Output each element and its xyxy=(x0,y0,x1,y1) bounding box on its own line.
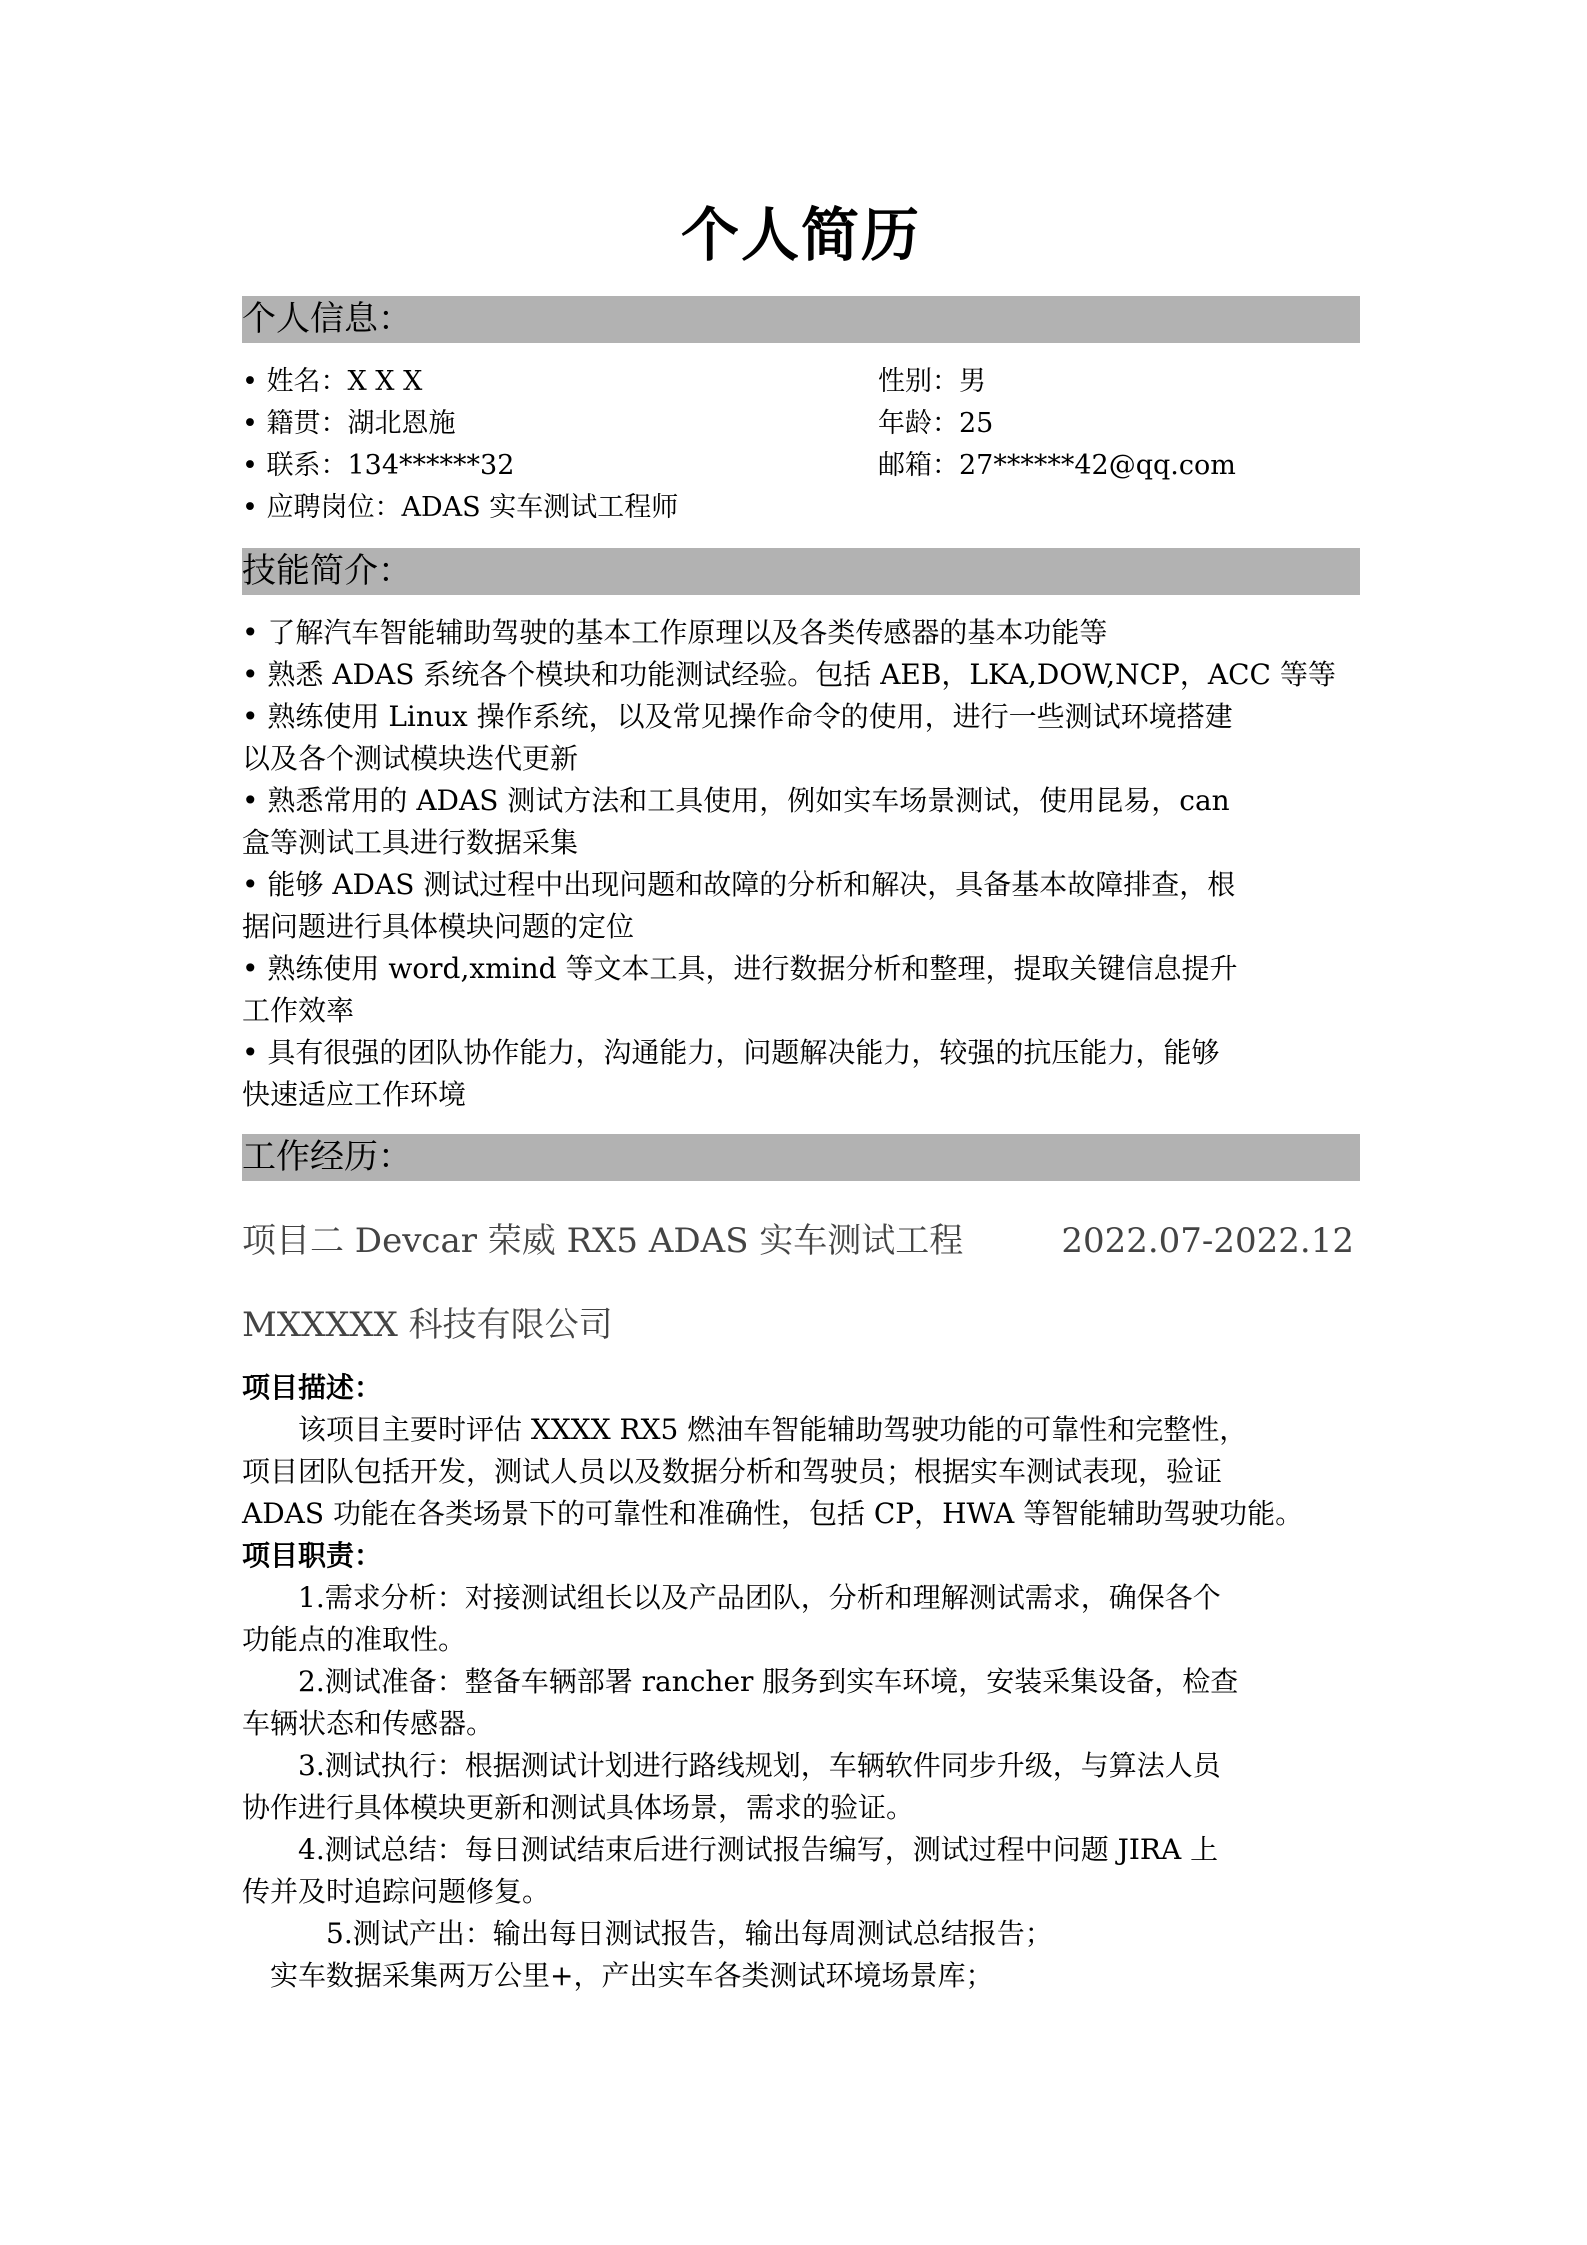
info-name: • 姓名：X X X xyxy=(242,361,1360,403)
project-description-label: 项目描述： xyxy=(242,1367,1360,1409)
duty-line: 1.需求分析：对接测试组长以及产品团队，分析和理解测试需求，确保各个 xyxy=(242,1577,1360,1619)
project-date: 2022.07-2022.12 xyxy=(1061,1218,1354,1264)
project-title: 项目二 Devcar 荣威 RX5 ADAS 实车测试工程 xyxy=(242,1221,963,1261)
skill-line: • 能够 ADAS 测试过程中出现问题和故障的分析和解决，具备基本故障排查，根 xyxy=(242,864,1360,906)
skill-line: • 熟悉 ADAS 系统各个模块和功能测试经验。包括 AEB，LKA,DOW,N… xyxy=(242,654,1360,696)
skill-line: • 熟练使用 Linux 操作系统，以及常见操作命令的使用，进行一些测试环境搭建 xyxy=(242,696,1360,738)
skill-line: • 熟练使用 word,xmind 等文本工具，进行数据分析和整理，提取关键信息… xyxy=(242,948,1360,990)
info-gender: 性别：男 xyxy=(878,361,986,403)
project-header: 项目二 Devcar 荣威 RX5 ADAS 实车测试工程 2022.07-20… xyxy=(242,1218,1360,1264)
info-hometown: • 籍贯：湖北恩施 xyxy=(242,403,1360,445)
skill-line: 盒等测试工具进行数据采集 xyxy=(242,822,1360,864)
duty-line: 2.测试准备：整备车辆部署 rancher 服务到实车环境，安装采集设备，检查 xyxy=(242,1661,1360,1703)
info-position: • 应聘岗位：ADAS 实车测试工程师 xyxy=(242,487,1360,529)
description-line: 项目团队包括开发，测试人员以及数据分析和驾驶员；根据实车测试表现，验证 xyxy=(242,1451,1360,1493)
duty-line: 车辆状态和传感器。 xyxy=(242,1703,1360,1745)
description-line: ADAS 功能在各类场景下的可靠性和准确性，包括 CP，HWA 等智能辅助驾驶功… xyxy=(242,1493,1360,1535)
duty-line: 3.测试执行：根据测试计划进行路线规划，车辆软件同步升级，与算法人员 xyxy=(242,1745,1360,1787)
info-age: 年龄：25 xyxy=(878,403,993,445)
company-name: MXXXXX 科技有限公司 xyxy=(242,1302,1360,1348)
duty-line: 5.测试产出：输出每日测试报告，输出每周测试总结报告； xyxy=(242,1913,1360,1955)
skill-line: • 了解汽车智能辅助驾驶的基本工作原理以及各类传感器的基本功能等 xyxy=(242,612,1360,654)
section-heading-skills: 技能简介： xyxy=(242,548,1360,595)
skill-line: 快速适应工作环境 xyxy=(242,1074,1360,1116)
description-line: 该项目主要时评估 XXXX RX5 燃油车智能辅助驾驶功能的可靠性和完整性， xyxy=(242,1409,1360,1451)
duty-line: 协作进行具体模块更新和测试具体场景，需求的验证。 xyxy=(242,1787,1360,1829)
page-title: 个人简历 xyxy=(242,200,1360,270)
info-email: 邮箱：27******42@qq.com xyxy=(878,445,1236,487)
skill-line: 以及各个测试模块迭代更新 xyxy=(242,738,1360,780)
project-duties-label: 项目职责： xyxy=(242,1535,1360,1577)
duty-line: 功能点的准取性。 xyxy=(242,1619,1360,1661)
skill-line: • 熟悉常用的 ADAS 测试方法和工具使用，例如实车场景测试，使用昆易，can xyxy=(242,780,1360,822)
skill-line: • 具有很强的团队协作能力，沟通能力，问题解决能力，较强的抗压能力，能够 xyxy=(242,1032,1360,1074)
section-heading-personal: 个人信息： xyxy=(242,296,1360,343)
skill-line: 工作效率 xyxy=(242,990,1360,1032)
duty-line: 4.测试总结：每日测试结束后进行测试报告编写，测试过程中问题 JIRA 上 xyxy=(242,1829,1360,1871)
section-heading-work: 工作经历： xyxy=(242,1134,1360,1181)
duty-line: 传并及时追踪问题修复。 xyxy=(242,1871,1360,1913)
duty-line: 实车数据采集两万公里+，产出实车各类测试环境场景库； xyxy=(242,1955,1360,1997)
skill-line: 据问题进行具体模块问题的定位 xyxy=(242,906,1360,948)
